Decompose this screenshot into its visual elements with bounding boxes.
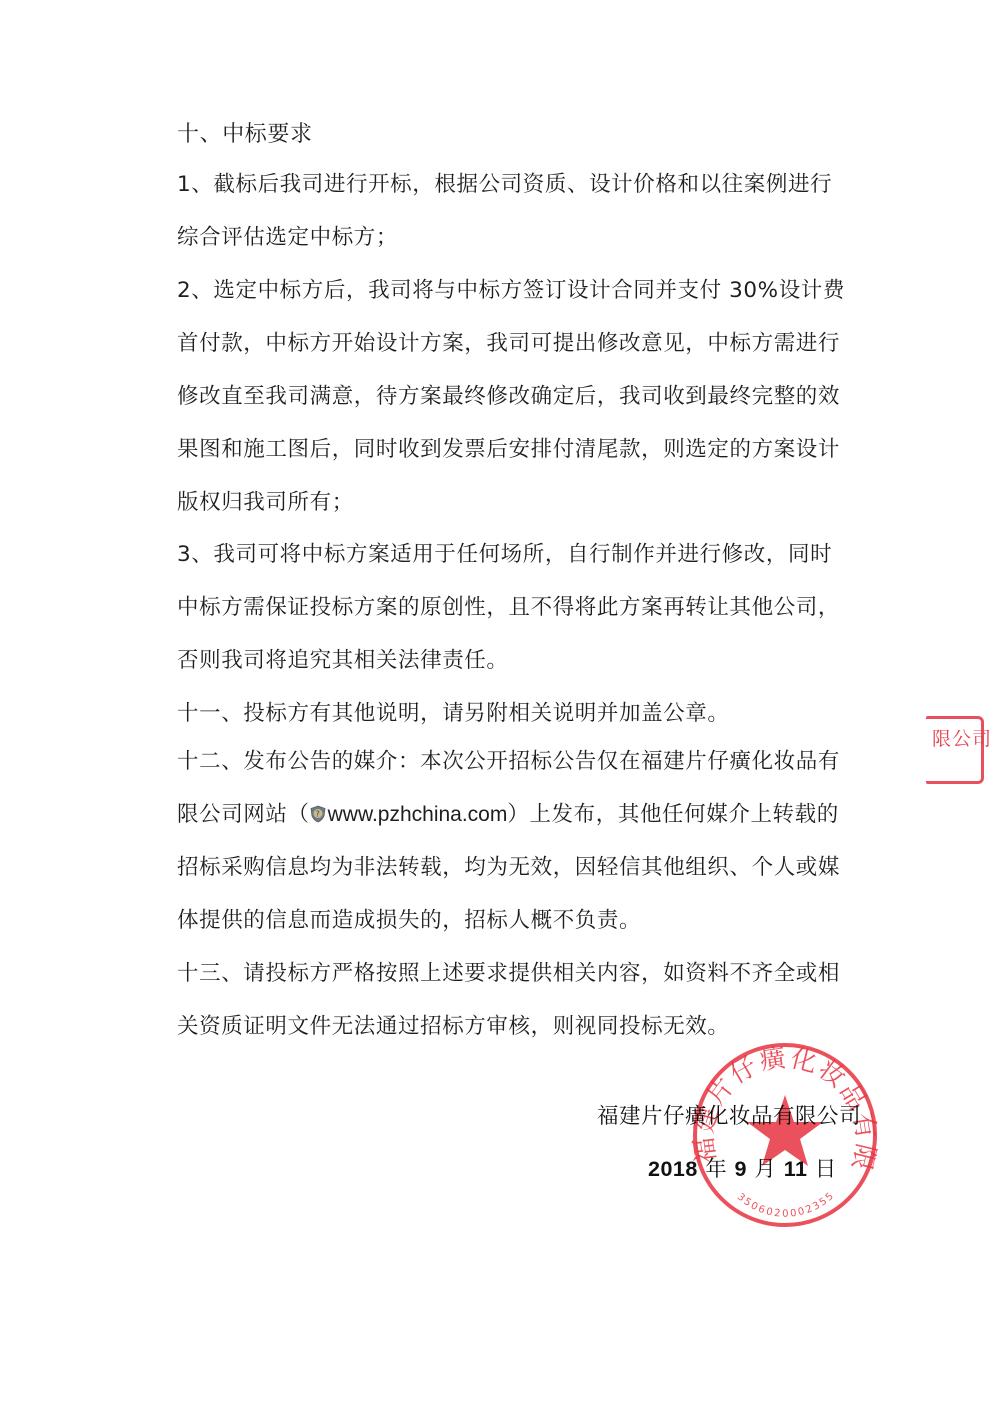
paragraph-line: 果图和施工图后，同时收到发票后安排付清尾款，则选定的方案设计 xyxy=(177,436,840,464)
signature-date: 2018 年 9 月 11 日 xyxy=(648,1152,837,1183)
side-seal-text: 限公司 xyxy=(932,724,992,751)
company-seal-stamp: 福建片仔癀化妆品有限公司 3506020002355 xyxy=(690,1040,880,1230)
date-year: 2018 xyxy=(648,1157,698,1181)
paragraph-line: 关资质证明文件无法通过招标方审核，则视同投标无效。 xyxy=(177,1013,730,1041)
date-month: 9 xyxy=(735,1157,747,1181)
paragraph-line: 3、我司可将中标方案适用于任何场所，自行制作并进行修改，同时 xyxy=(177,541,832,569)
paragraph-line: 招标采购信息均为非法转载，均为无效，因轻信其他组织、个人或媒 xyxy=(177,854,840,882)
date-day-unit: 日 xyxy=(815,1157,837,1182)
paragraph-line: 十三、请投标方严格按照上述要求提供相关内容，如资料不齐全或相 xyxy=(177,960,840,988)
paragraph-line: 版权归我司所有； xyxy=(177,489,354,517)
paragraph-line: 中标方需保证投标方案的原创性，且不得将此方案再转让其他公司， xyxy=(177,594,840,622)
signature-company: 福建片仔癀化妆品有限公司 xyxy=(597,1099,861,1130)
paragraph-line: 1、截标后我司进行开标，根据公司资质、设计价格和以往案例进行 xyxy=(177,171,832,199)
date-month-unit: 月 xyxy=(754,1157,776,1182)
website-url-link[interactable]: www.pzhchina.com xyxy=(328,803,508,826)
paragraph-line: 首付款，中标方开始设计方案，我司可提出修改意见，中标方需进行 xyxy=(177,330,840,358)
paragraph-line: 2、选定中标方后，我司将与中标方签订设计合同并支付 30%设计费 xyxy=(177,277,845,305)
paragraph-line-with-url: 限公司网站（?www.pzhchina.com）上发布，其他任何媒介上转载的 xyxy=(177,801,839,829)
line-prefix: 限公司网站（ xyxy=(177,802,310,827)
date-day: 11 xyxy=(784,1157,808,1181)
section-heading: 十、中标要求 xyxy=(177,121,313,149)
paragraph-line: 综合评估选定中标方； xyxy=(177,224,398,252)
shield-question-icon: ? xyxy=(310,803,326,821)
paragraph-line: 体提供的信息而造成损失的，招标人概不负责。 xyxy=(177,907,641,935)
svg-text:?: ? xyxy=(315,810,320,819)
document-page: 十、中标要求 1、截标后我司进行开标，根据公司资质、设计价格和以往案例进行 综合… xyxy=(0,0,1000,1415)
paragraph-line: 否则我司将追究其相关法律责任。 xyxy=(177,647,509,675)
date-year-unit: 年 xyxy=(705,1157,727,1182)
paragraph-line: 十一、投标方有其他说明，请另附相关说明并加盖公章。 xyxy=(177,700,730,728)
paragraph-line: 十二、发布公告的媒介：本次公开招标公告仅在福建片仔癀化妆品有 xyxy=(177,748,840,776)
line-suffix: ）上发布，其他任何媒介上转载的 xyxy=(507,802,839,827)
paragraph-line: 修改直至我司满意，待方案最终修改确定后，我司收到最终完整的效 xyxy=(177,383,840,411)
